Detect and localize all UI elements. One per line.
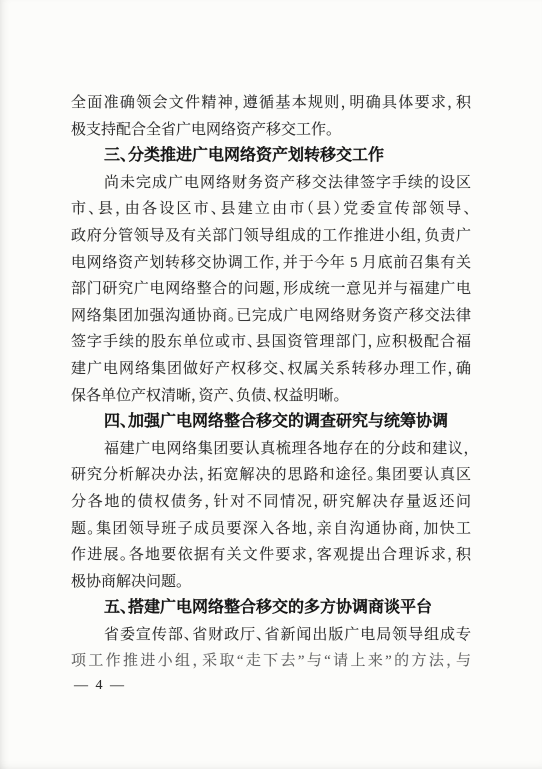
document-body: 全面准确领会文件精神，遵循基本规则，明确具体要求，积极支持配合全省广电网络资产移… [71, 90, 471, 675]
body-text-line: 题。集团领导班子成员要深入各地，亲自沟通协商，加快工 [71, 516, 471, 543]
body-text-line: 网络集团加强沟通协商。已完成广电网络财务资产移交法律 [71, 303, 471, 330]
body-text-line: 建广电网络集团做好产权移交、权属关系转移办理工作，确 [71, 356, 471, 383]
body-text-line: 省委宣传部、省财政厅、省新闻出版广电局领导组成专 [71, 622, 471, 649]
body-text-line: 签字手续的股东单位或市、县国资管理部门，应积极配合福 [71, 329, 471, 356]
body-text-line: 市、县，由各设区市、县建立由市（县）党委宣传部领导、 [71, 196, 471, 223]
body-text-line: 极支持配合全省广电网络资产移交工作。 [71, 117, 471, 144]
body-text-line: 项工作推进小组，采取“走下去”与“请上来”的方法，与 [71, 648, 471, 675]
body-text-line: 作进展。各地要依据有关文件要求，客观提出合理诉求，积 [71, 542, 471, 569]
body-text-line: 福建广电网络集团要认真梳理各地存在的分歧和建议， [71, 436, 471, 463]
body-text-line: 极协商解决问题。 [71, 569, 471, 596]
body-text-line: 电网络资产划转移交协调工作，并于今年 5 月底前召集有关 [71, 250, 471, 277]
section-heading-line: 四、加强广电网络整合移交的调查研究与统筹协调 [71, 409, 471, 436]
section-heading-line: 五、搭建广电网络整合移交的多方协调商谈平台 [71, 595, 471, 622]
scanned-document-page: 全面准确领会文件精神，遵循基本规则，明确具体要求，积极支持配合全省广电网络资产移… [0, 0, 542, 769]
page-number: — 4 — [74, 676, 126, 696]
body-text-line: 保各单位产权清晰，资产、负债、权益明晰。 [71, 383, 471, 410]
body-text-line: 尚未完成广电网络财务资产移交法律签字手续的设区 [71, 170, 471, 197]
body-text-line: 分各地的债权债务，针对不同情况，研究解决存量返还问 [71, 489, 471, 516]
body-text-line: 全面准确领会文件精神，遵循基本规则，明确具体要求，积 [71, 90, 471, 117]
body-text-line: 政府分管领导及有关部门领导组成的工作推进小组，负责广 [71, 223, 471, 250]
section-heading-line: 三、分类推进广电网络资产划转移交工作 [71, 143, 471, 170]
body-text-line: 部门研究广电网络整合的问题，形成统一意见并与福建广电 [71, 276, 471, 303]
body-text-line: 研究分析解决办法，拓宽解决的思路和途径。集团要认真区 [71, 462, 471, 489]
